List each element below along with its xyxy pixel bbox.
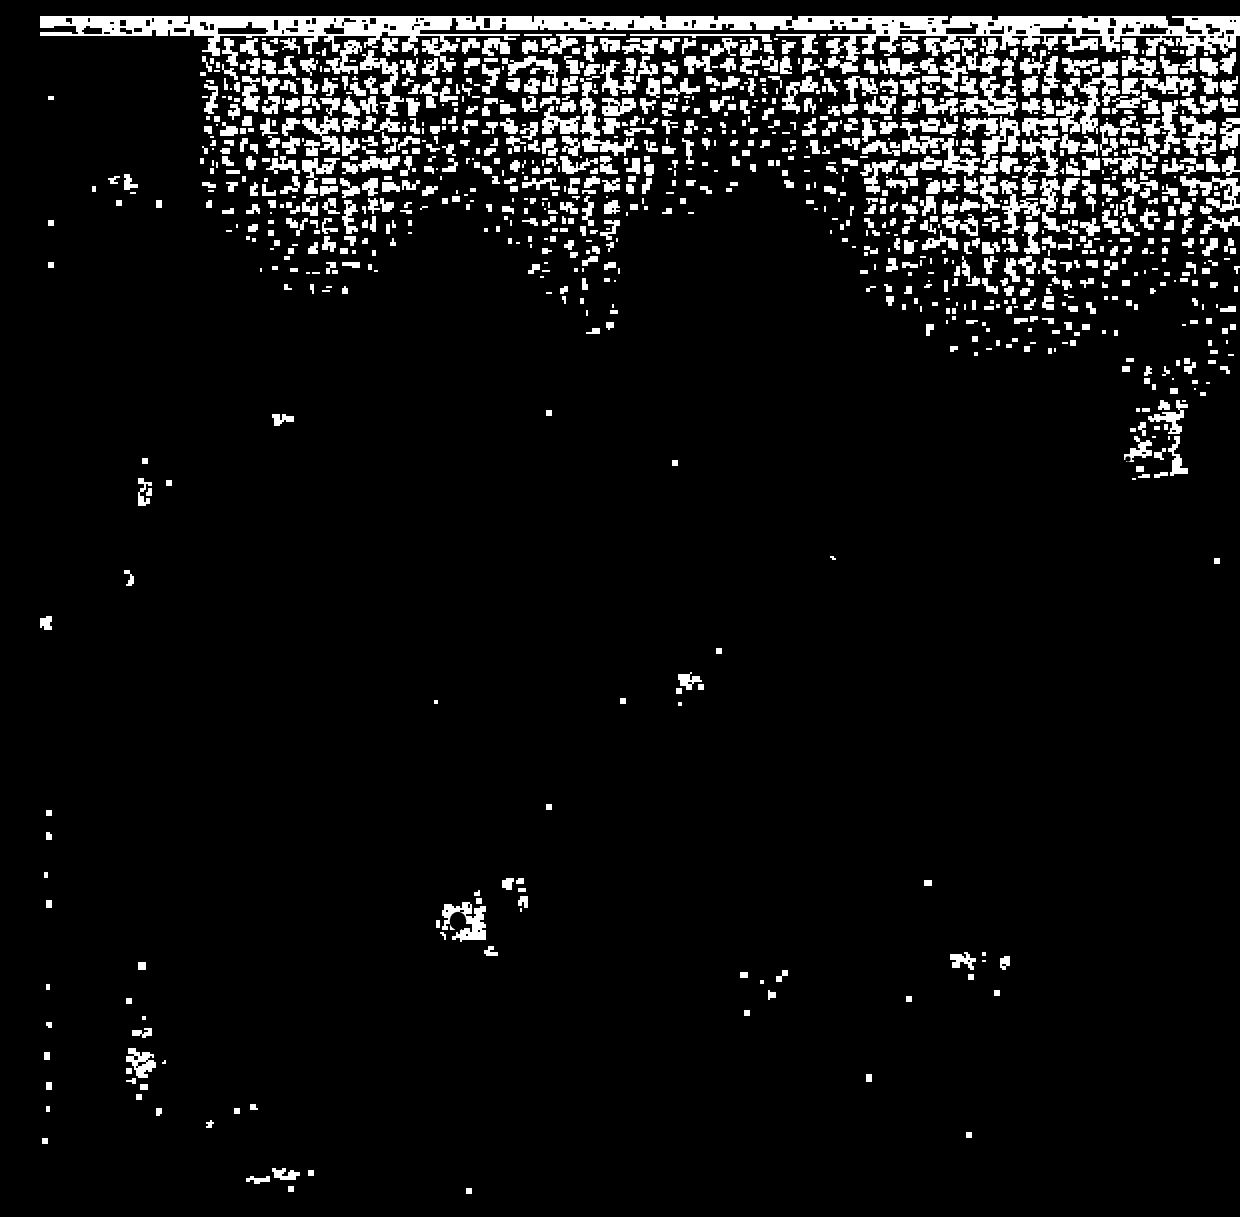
binarized-photograph	[40, 16, 1240, 1201]
binarized-image-canvas	[40, 16, 1240, 1201]
